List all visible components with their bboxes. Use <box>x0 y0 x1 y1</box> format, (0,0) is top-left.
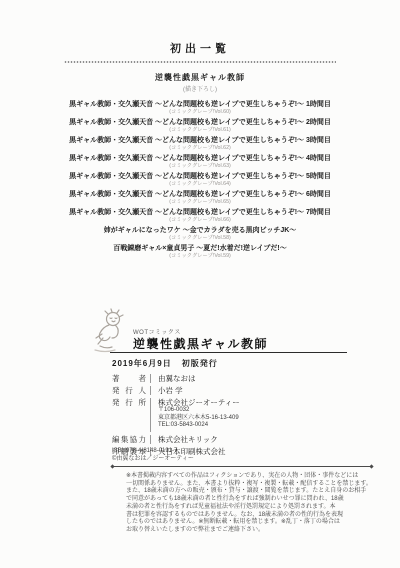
entry-title: 黒ギャル教師・交久瀬天音 〜どんな問題校も逆レイプで更生しちゃうぞ!〜 1時間目 <box>0 100 400 109</box>
publisher-row: 発行所 株式会社ジーオーティー 〒106-0032 東京都港区六本木5-16-1… <box>112 398 342 432</box>
editing-label: 編集協力 <box>112 435 146 444</box>
disclaimer-text: ※本書掲載内容すべての作品はフィクションであり、実在の人物・団体・事件などには … <box>126 473 368 535</box>
publication-entry: 黒ギャル教師・交久瀬天音 〜どんな問題校も逆レイプで更生しちゃうぞ!〜 4時間目… <box>0 154 400 170</box>
disclaimer-line: ※本書掲載内容すべての作品はフィクションであり、実在の人物・団体・事件などには <box>126 473 368 481</box>
postal-code: 〒106-0032 <box>158 407 240 415</box>
section-title: 初出一覧 <box>0 40 400 56</box>
publisher-block: 株式会社ジーオーティー 〒106-0032 東京都港区六本木5-16-13-40… <box>150 398 240 432</box>
publisher-name: 株式会社ジーオーティー <box>158 398 240 407</box>
publication-entry: 黒ギャル教師・交久瀬天音 〜どんな問題校も逆レイプで更生しちゃうぞ!〜 6時間目… <box>0 190 400 206</box>
entry-source: (コミックグレープ!Vol.59) <box>24 253 376 259</box>
publication-entry-list: 黒ギャル教師・交久瀬天音 〜どんな問題校も逆レイプで更生しちゃうぞ!〜 1時間目… <box>0 100 400 260</box>
publication-entry: 黒ギャル教師・交久瀬天音 〜どんな問題校も逆レイプで更生しちゃうぞ!〜 2時間目… <box>0 118 400 134</box>
colophon-page: 初出一覧 逆襲性戯黒ギャル教師 (描き下ろし) 黒ギャル教師・交久瀬天音 〜どん… <box>0 0 400 568</box>
publisher-label: 発行所 <box>112 398 146 407</box>
publication-entry: 黒ギャル教師・交久瀬天音 〜どんな問題校も逆レイプで更生しちゃうぞ!〜 3時間目… <box>0 136 400 152</box>
isbn-block: ISBN978-4-8148-0191-7 ©由翼なおは／ジーオーティー <box>112 448 194 463</box>
entry-title: 黒ギャル教師・交久瀬天音 〜どんな問題校も逆レイプで更生しちゃうぞ!〜 5時間目 <box>0 172 400 181</box>
disclaimer-line: また、18歳未満の方への販売・頒布・貸与・譲渡・閲覧を禁じます。たとえ自身のお相… <box>126 488 368 496</box>
entry-title: 黒ギャル教師・交久瀬天音 〜どんな問題校も逆レイプで更生しちゃうぞ!〜 2時間目 <box>0 118 400 127</box>
entry-title: 姉がギャルになったワケ 〜金でカラダを売る黒肉ビッチJK〜 <box>0 226 400 235</box>
entry-source: (コミックグレープ!Vol.61) <box>24 127 376 133</box>
entry-title: 黒ギャル教師・交久瀬天音 〜どんな問題校も逆レイプで更生しちゃうぞ!〜 4時間目 <box>0 154 400 163</box>
edition-label: 初版発行 <box>182 359 218 368</box>
entry-source: (コミックグレープ!Vol.60) <box>24 109 376 115</box>
isbn-number: ISBN978-4-8148-0191-7 <box>112 448 194 456</box>
editing-row: 編集協力 株式会社キリック <box>112 435 342 444</box>
edition-line: 2019年6月9日初版発行 <box>112 358 218 369</box>
divider-rule <box>112 466 372 467</box>
publication-entry: 姉がギャルになったワケ 〜金でカラダを売る黒肉ビッチJK〜 (コミックグレープ!… <box>0 226 400 242</box>
entry-source: (コミックグレープ!Vol.63) <box>24 163 376 169</box>
entry-title: 黒ギャル教師・交久瀬天音 〜どんな問題校も逆レイプで更生しちゃうぞ!〜 6時間目 <box>0 190 400 199</box>
issuer-label: 発行人 <box>112 386 146 395</box>
publication-entry: 黒ギャル教師・交久瀬天音 〜どんな問題校も逆レイプで更生しちゃうぞ!〜 5時間目… <box>0 172 400 188</box>
dotted-divider <box>64 61 336 63</box>
publication-info-table: 著者 由翼なおは 発行人 小岩 学 発行所 株式会社ジーオーティー 〒106-0… <box>112 374 342 459</box>
edition-date: 2019年6月9日 <box>112 359 172 368</box>
title-rule <box>110 352 347 353</box>
issuer-name: 小岩 学 <box>150 386 183 395</box>
entry-title: 黒ギャル教師・交久瀬天音 〜どんな問題校も逆レイプで更生しちゃうぞ!〜 7時間目 <box>0 208 400 217</box>
entry-source: (コミックグレープ!Vol.58) <box>24 235 376 241</box>
entry-source: (コミックグレープ!Vol.64) <box>24 181 376 187</box>
work-note: (描き下ろし) <box>0 84 400 93</box>
disclaimer-line: で同意があっても18歳未満の者と性行為をすれば強制わいせつ罪に問われ、18歳 <box>126 496 368 504</box>
author-row: 著者 由翼なおは <box>112 374 342 383</box>
publication-entry: 百戦錬磨ギャル×童貞男子 〜夏だ!水着だ!逆レイプだ!〜 (コミックグレープ!V… <box>0 244 400 260</box>
issuer-row: 発行人 小岩 学 <box>112 386 342 395</box>
editing-company: 株式会社キリック <box>150 435 218 444</box>
telephone: TEL:03-5843-0024 <box>158 422 240 430</box>
publication-entry: 黒ギャル教師・交久瀬天音 〜どんな問題校も逆レイプで更生しちゃうぞ!〜 7時間目… <box>0 208 400 224</box>
book-title: 逆襲性戯黒ギャル教師 <box>133 335 268 352</box>
publication-entry: 黒ギャル教師・交久瀬天音 〜どんな問題校も逆レイプで更生しちゃうぞ!〜 1時間目… <box>0 100 400 116</box>
entry-source: (コミックグレープ!Vol.62) <box>24 145 376 151</box>
author-label: 著者 <box>112 374 146 383</box>
work-title: 逆襲性戯黒ギャル教師 <box>0 72 400 83</box>
entry-source: (コミックグレープ!Vol.66) <box>24 217 376 223</box>
disclaimer-line: 未満の者と性行為をすれば児童福祉法や淫行処罰規定により処罰されます。本 <box>126 504 368 512</box>
disclaimer-line: したものではありません。※無断転載・転用を禁じます。※乱丁・落丁の場合は <box>126 519 368 527</box>
street-address: 東京都港区六本木5-16-13-409 <box>158 415 240 423</box>
copyright-line: ©由翼なおは／ジーオーティー <box>112 456 194 464</box>
first-publication-section: 初出一覧 逆襲性戯黒ギャル教師 (描き下ろし) 黒ギャル教師・交久瀬天音 〜どん… <box>0 40 400 262</box>
disclaimer-line: お取り替えいたしますので弊社までご連絡下さい。 <box>126 527 368 535</box>
author-name: 由翼なおは <box>150 374 196 383</box>
publisher-address: 〒106-0032 東京都港区六本木5-16-13-409 TEL:03-584… <box>158 407 240 430</box>
entry-title: 百戦錬磨ギャル×童貞男子 〜夏だ!水着だ!逆レイプだ!〜 <box>0 244 400 253</box>
entry-source: (コミックグレープ!Vol.65) <box>24 199 376 205</box>
entry-title: 黒ギャル教師・交久瀬天音 〜どんな問題校も逆レイプで更生しちゃうぞ!〜 3時間目 <box>0 136 400 145</box>
